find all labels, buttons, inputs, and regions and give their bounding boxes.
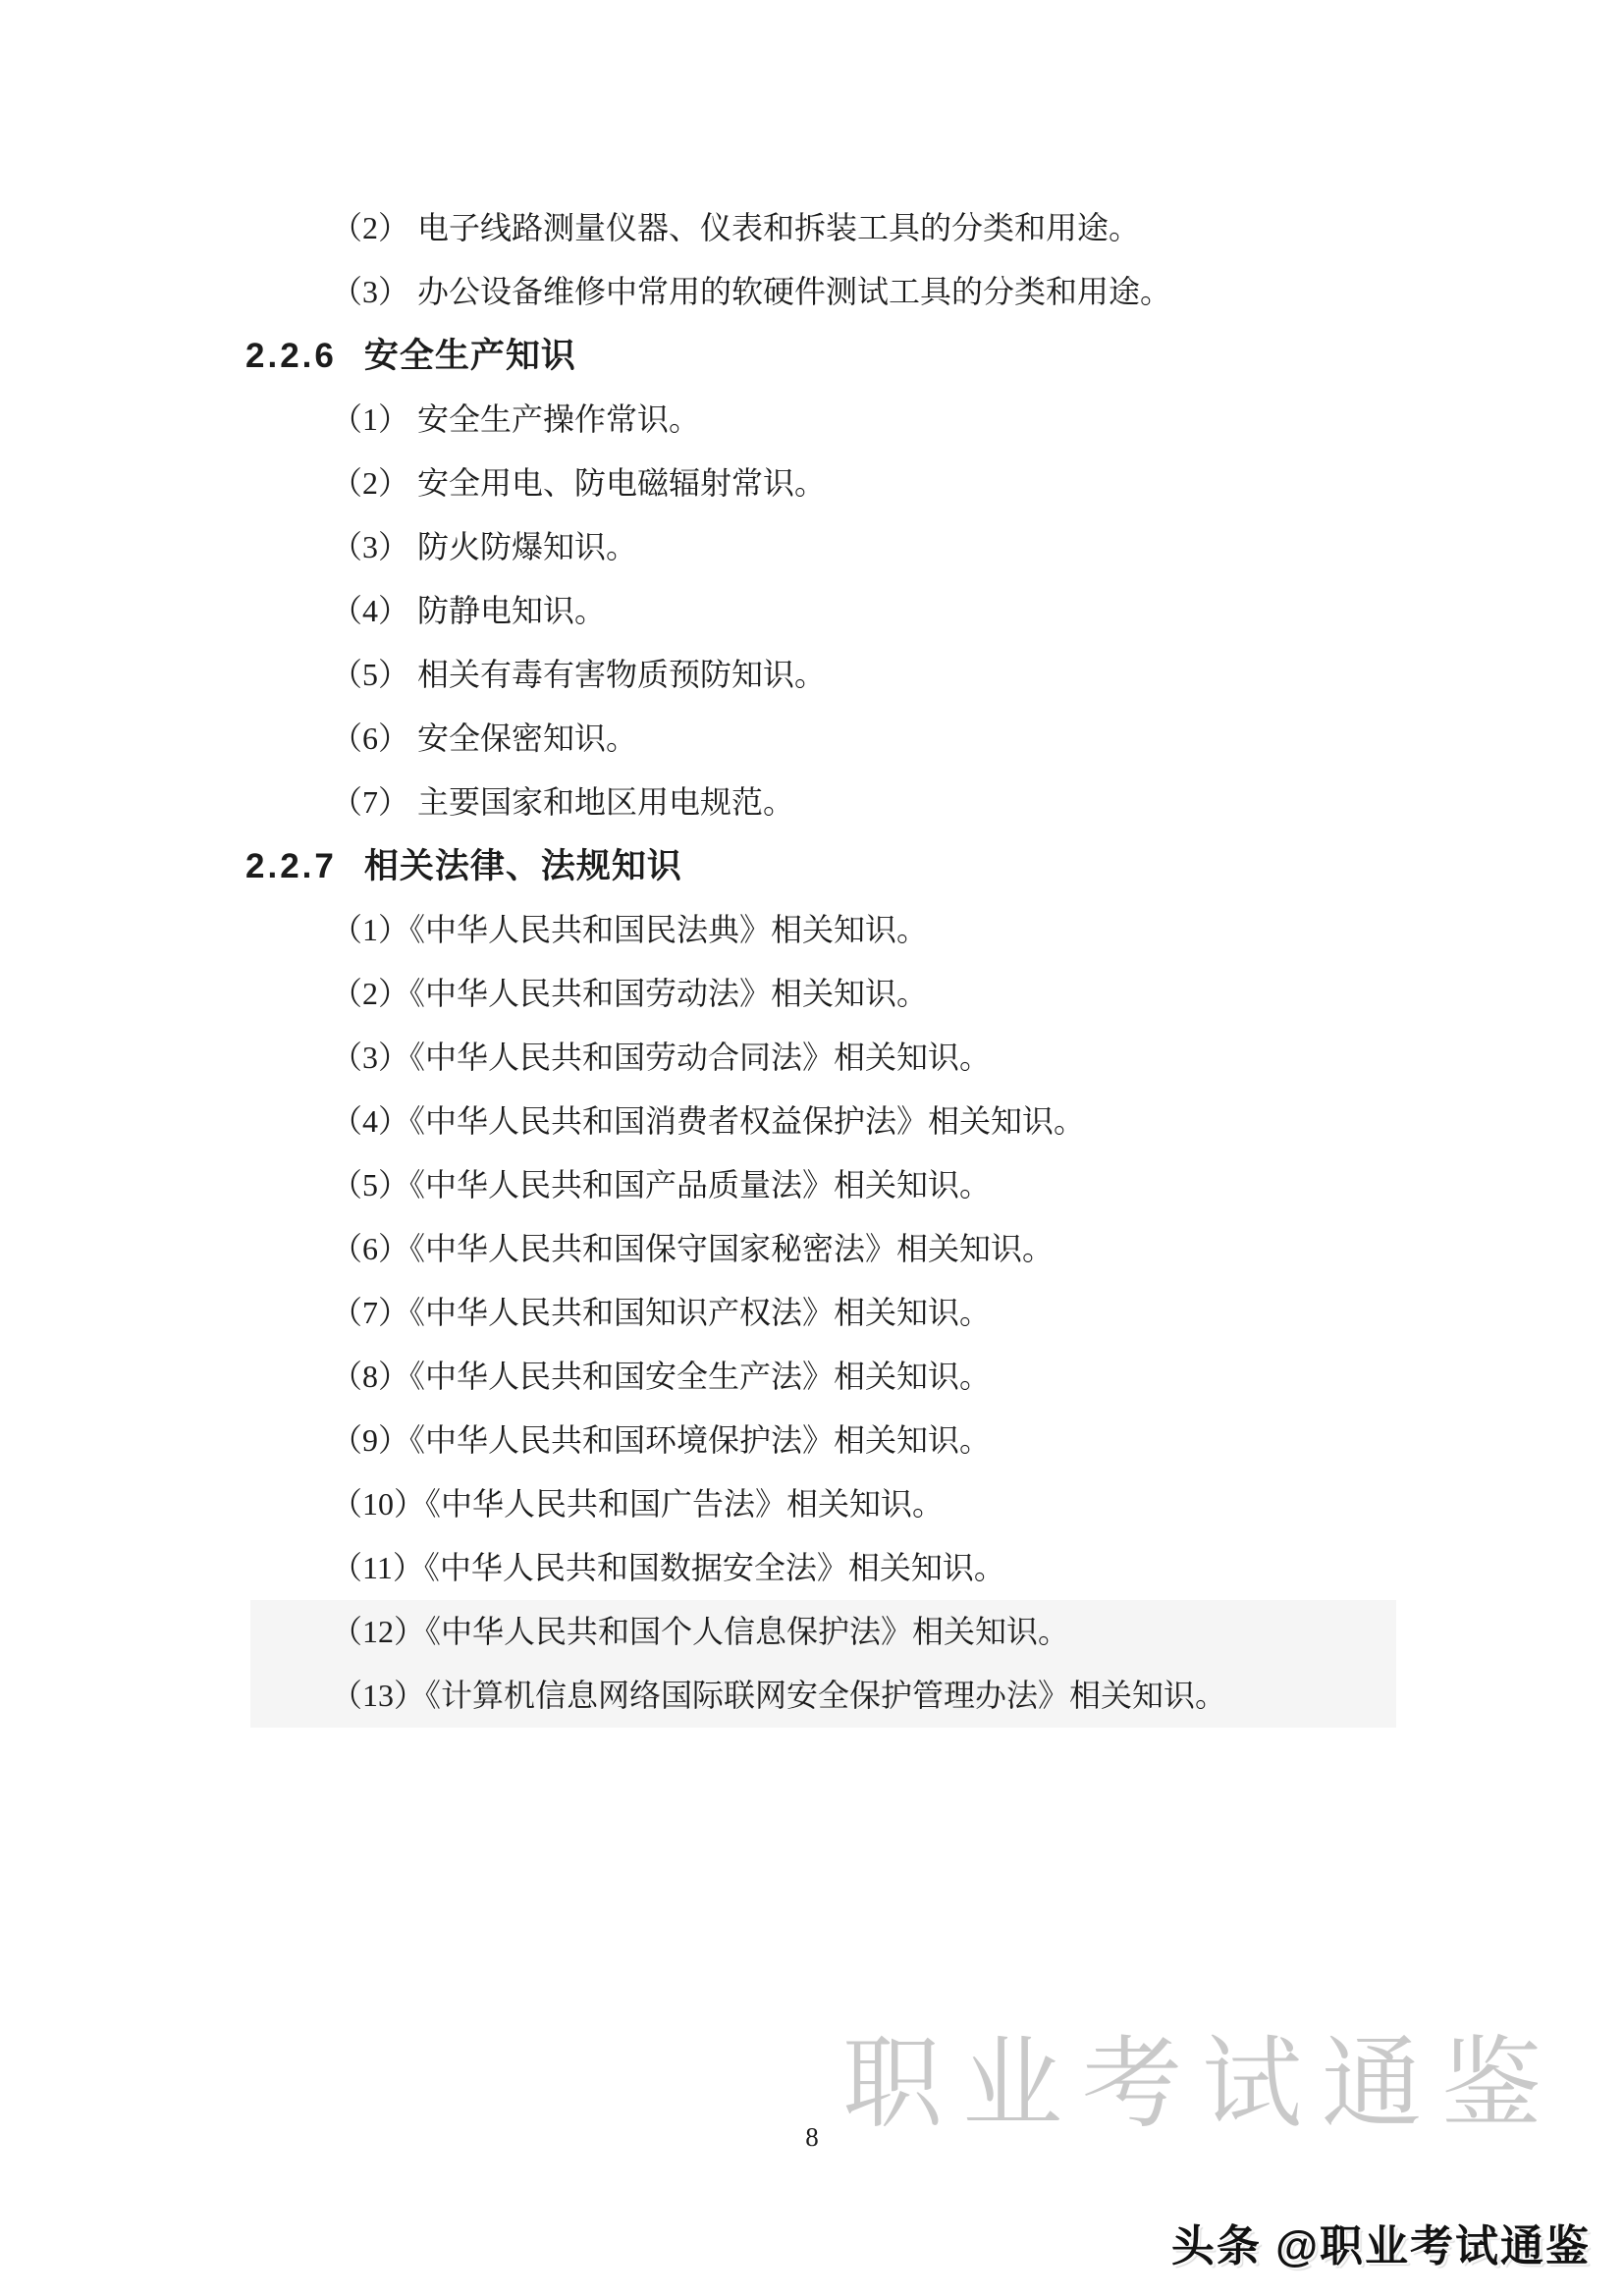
list-item: （9）《中华人民共和国环境保护法》相关知识。: [0, 1409, 1624, 1472]
list-item: （5） 相关有毒有害物质预防知识。: [0, 643, 1624, 707]
list-item: （6）《中华人民共和国保守国家秘密法》相关知识。: [0, 1217, 1624, 1281]
list-item: （12）《中华人民共和国个人信息保护法》相关知识。: [250, 1600, 1396, 1664]
section-heading: 2.2.6安全生产知识: [0, 324, 1624, 388]
list-item: （5）《中华人民共和国产品质量法》相关知识。: [0, 1153, 1624, 1217]
list-item: （4） 防静电知识。: [0, 579, 1624, 643]
page-number: 8: [0, 2122, 1624, 2153]
document-page: （2） 电子线路测量仪器、仪表和拆装工具的分类和用途。（3） 办公设备维修中常用…: [0, 0, 1624, 2296]
list-item: （3） 办公设备维修中常用的软硬件测试工具的分类和用途。: [0, 260, 1624, 324]
list-item: （11）《中华人民共和国数据安全法》相关知识。: [0, 1536, 1624, 1600]
list-item: （2） 电子线路测量仪器、仪表和拆装工具的分类和用途。: [0, 196, 1624, 260]
list-item: （10）《中华人民共和国广告法》相关知识。: [0, 1472, 1624, 1536]
document-body: （2） 电子线路测量仪器、仪表和拆装工具的分类和用途。（3） 办公设备维修中常用…: [0, 196, 1624, 1728]
list-item: （1） 安全生产操作常识。: [0, 388, 1624, 452]
list-item: （6） 安全保密知识。: [0, 707, 1624, 771]
section-number: 2.2.7: [245, 847, 337, 885]
list-item: （3）《中华人民共和国劳动合同法》相关知识。: [0, 1026, 1624, 1090]
list-item: （8）《中华人民共和国安全生产法》相关知识。: [0, 1345, 1624, 1409]
list-item: （2） 安全用电、防电磁辐射常识。: [0, 452, 1624, 515]
section-heading: 2.2.7相关法律、法规知识: [0, 834, 1624, 898]
list-item: （2）《中华人民共和国劳动法》相关知识。: [0, 962, 1624, 1026]
section-title: 相关法律、法规知识: [364, 847, 682, 885]
section-number: 2.2.6: [245, 337, 337, 375]
list-item: （7）《中华人民共和国知识产权法》相关知识。: [0, 1281, 1624, 1345]
list-item: （4）《中华人民共和国消费者权益保护法》相关知识。: [0, 1090, 1624, 1153]
list-item: （7） 主要国家和地区用电规范。: [0, 771, 1624, 834]
credit-watermark: 头条 @职业考试通鉴: [1171, 2211, 1591, 2273]
section-title: 安全生产知识: [364, 337, 576, 375]
list-item: （1）《中华人民共和国民法典》相关知识。: [0, 898, 1624, 962]
list-item: （3） 防火防爆知识。: [0, 515, 1624, 579]
list-item: （13）《计算机信息网络国际联网安全保护管理办法》相关知识。: [250, 1664, 1396, 1728]
